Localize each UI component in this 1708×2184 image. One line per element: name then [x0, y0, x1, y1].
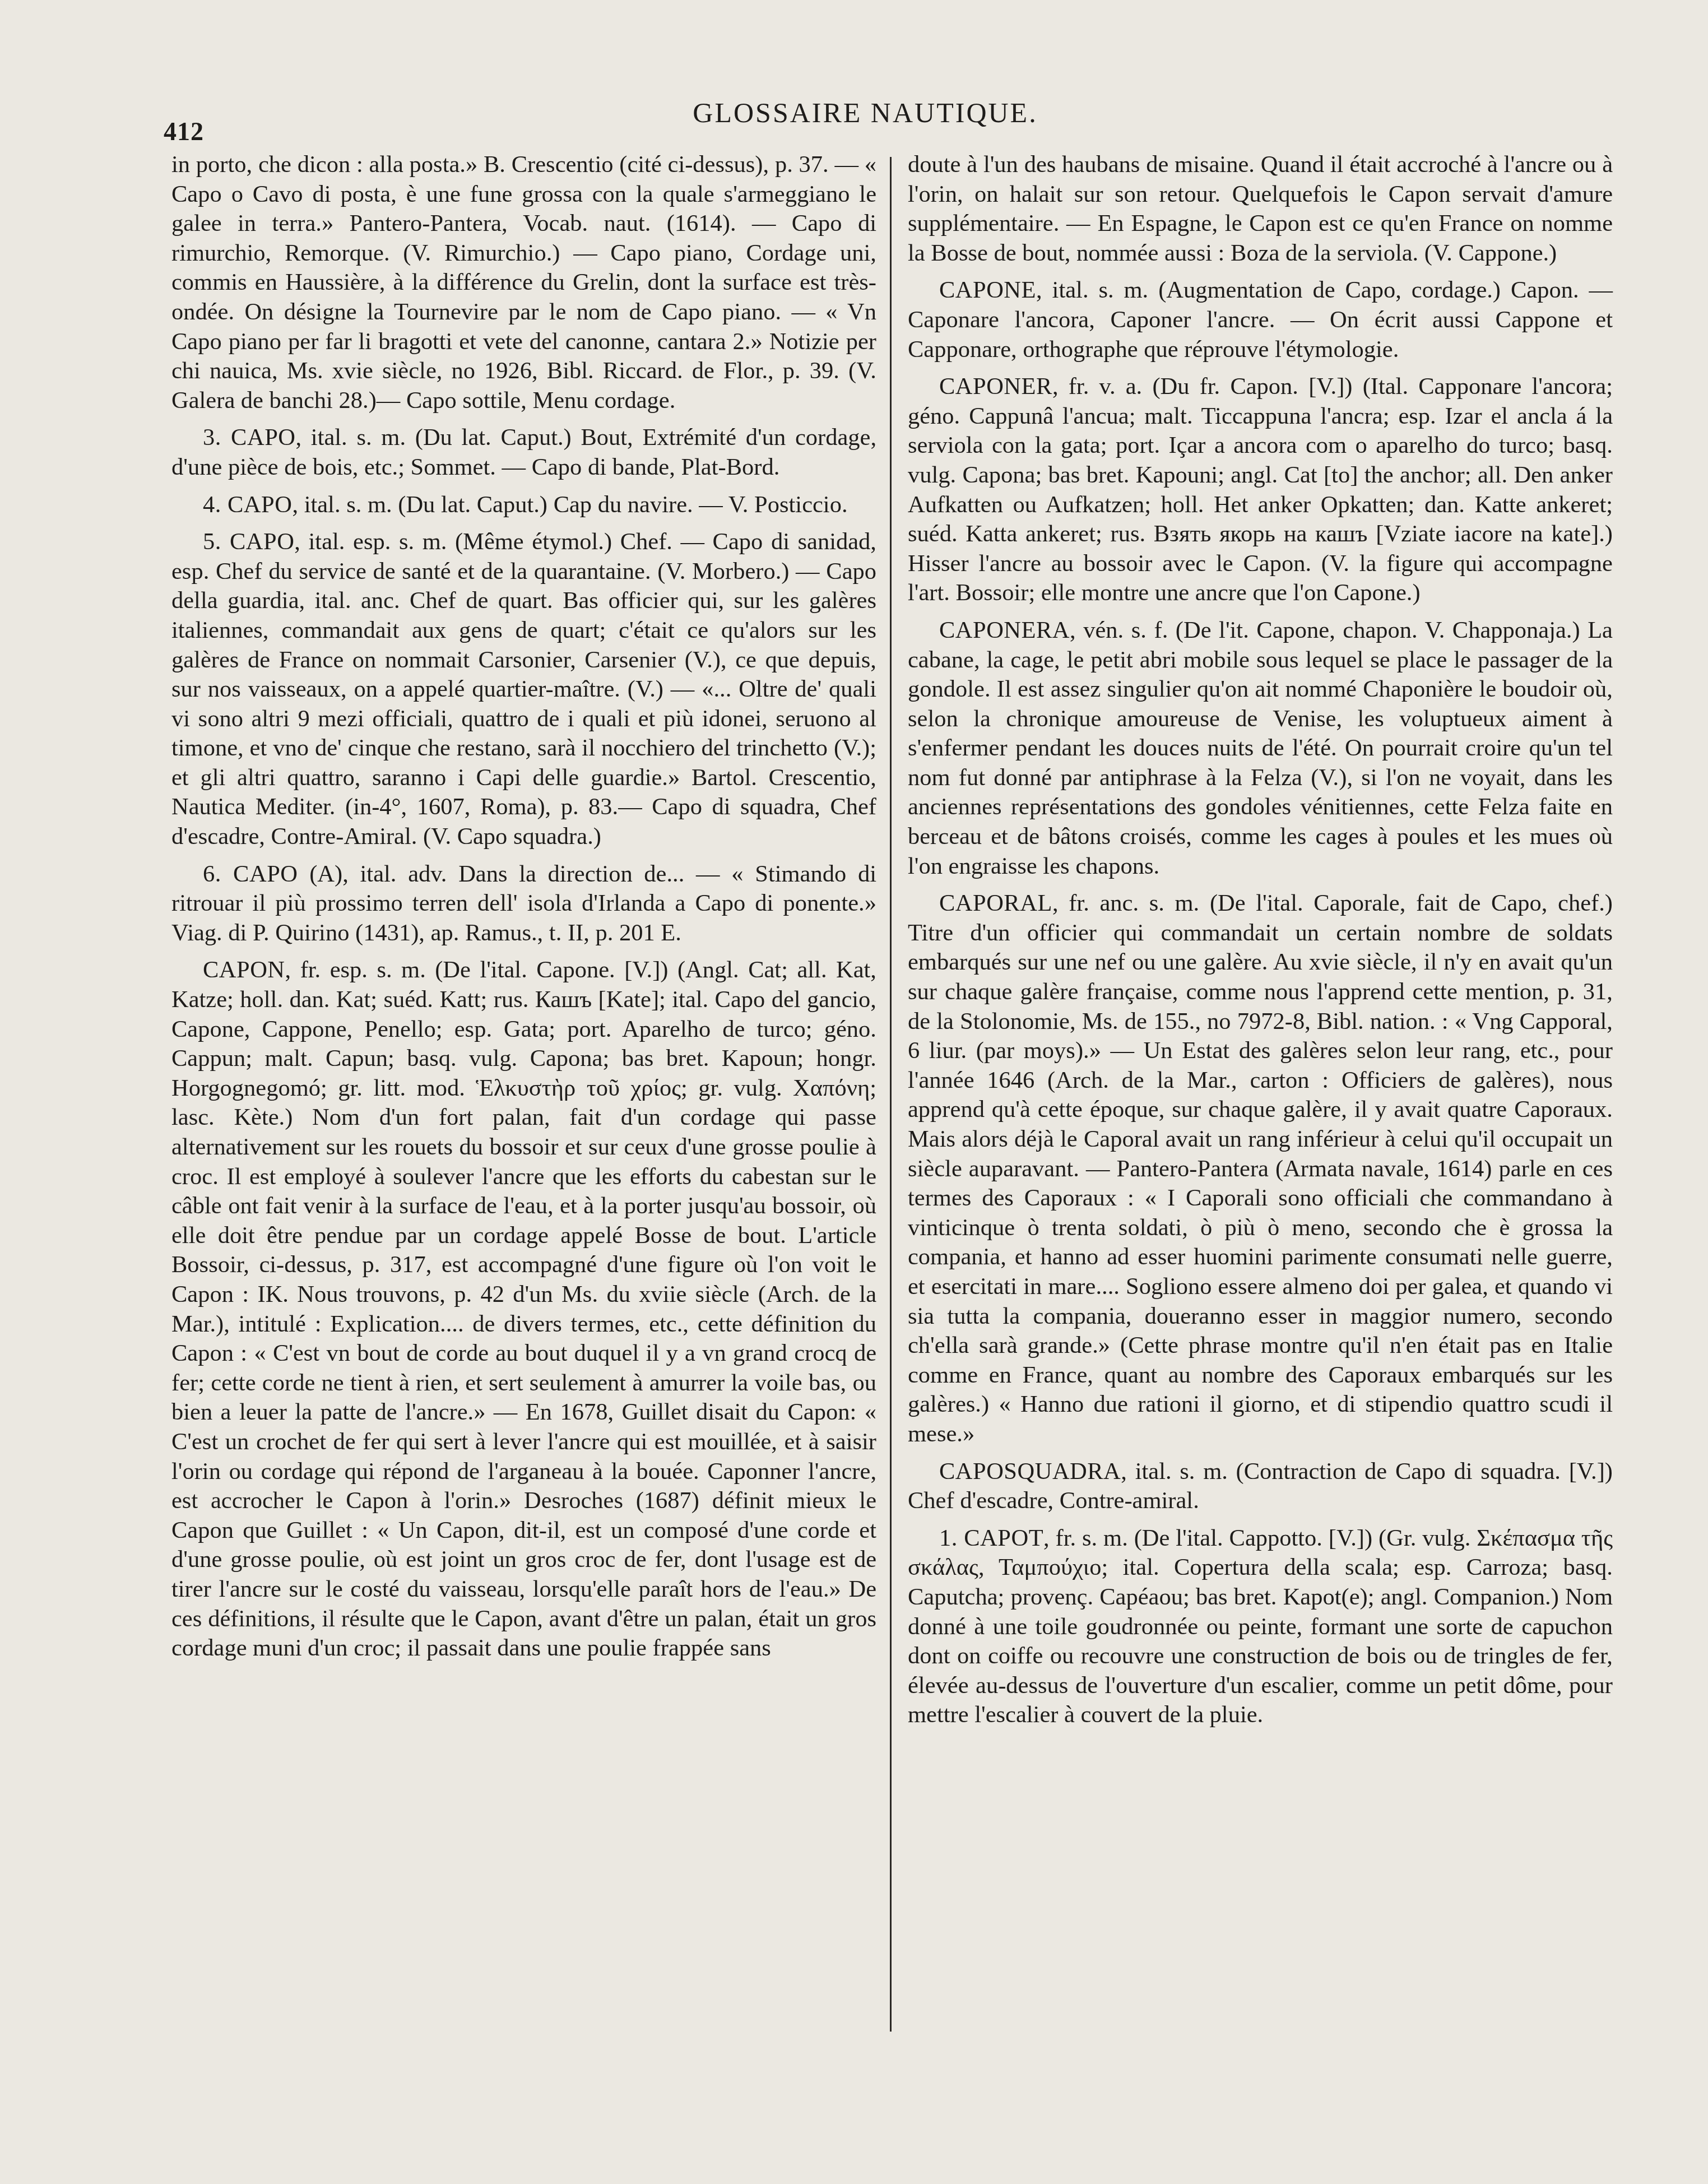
- entry-text: , fr. esp. s. m. (De l'ital. Capone. [V.…: [171, 957, 876, 1661]
- entry-headword: CAPOSQUADRA: [939, 1458, 1121, 1485]
- entry-capon-continued: doute à l'un des haubans de misaine. Qua…: [908, 150, 1613, 268]
- right-column: doute à l'un des haubans de misaine. Qua…: [908, 150, 1613, 1738]
- entry-headword: 4. CAPO: [203, 491, 292, 518]
- entry-text: , fr. v. a. (Du fr. Capon. [V.]) (Ital. …: [908, 373, 1613, 606]
- entry-text: in porto, che dicon : alla posta.» B. Cr…: [171, 151, 876, 414]
- entry-caporal: CAPORAL, fr. anc. s. m. (De l'ital. Capo…: [908, 889, 1613, 1449]
- entry-text: , ital. s. m. (Du lat. Caput.) Cap du na…: [292, 491, 847, 518]
- entry-text: , ital. esp. s. m. (Même étymol.) Chef. …: [171, 528, 876, 850]
- entry-text: , vén. s. f. (De l'it. Capone, chapon. V…: [908, 617, 1613, 879]
- entry-capo-continued: in porto, che dicon : alla posta.» B. Cr…: [171, 150, 876, 415]
- entry-headword: 6. CAPO: [203, 861, 298, 887]
- entry-capot-1: 1. CAPOT, fr. s. m. (De l'ital. Cappotto…: [908, 1524, 1613, 1730]
- entry-text: doute à l'un des haubans de misaine. Qua…: [908, 151, 1613, 266]
- entry-headword: 1. CAPOT: [939, 1525, 1043, 1551]
- entry-capon: CAPON, fr. esp. s. m. (De l'ital. Capone…: [171, 956, 876, 1663]
- entry-text: , fr. anc. s. m. (De l'ital. Caporale, f…: [908, 890, 1613, 1447]
- entry-capone: CAPONE, ital. s. m. (Augmentation de Cap…: [908, 276, 1613, 364]
- entry-caponera: CAPONERA, vén. s. f. (De l'it. Capone, c…: [908, 616, 1613, 881]
- entry-capo-5: 5. CAPO, ital. esp. s. m. (Même étymol.)…: [171, 527, 876, 852]
- entry-headword: CAPON: [203, 957, 285, 983]
- entry-capo-4: 4. CAPO, ital. s. m. (Du lat. Caput.) Ca…: [171, 490, 876, 520]
- entry-caposquadra: CAPOSQUADRA, ital. s. m. (Contraction de…: [908, 1457, 1613, 1516]
- entry-headword: CAPONERA: [939, 617, 1070, 643]
- entry-caponer: CAPONER, fr. v. a. (Du fr. Capon. [V.]) …: [908, 372, 1613, 608]
- entry-headword: 3. CAPO: [203, 424, 295, 451]
- entry-headword: CAPONE: [939, 277, 1036, 303]
- entry-capo-6: 6. CAPO (A), ital. adv. Dans la directio…: [171, 860, 876, 948]
- running-title: GLOSSAIRE NAUTIQUE.: [0, 96, 1708, 129]
- entry-headword: 5. CAPO: [203, 528, 294, 555]
- entry-headword: CAPORAL: [939, 890, 1052, 916]
- entry-capo-3: 3. CAPO, ital. s. m. (Du lat. Caput.) Bo…: [171, 423, 876, 482]
- left-column: in porto, che dicon : alla posta.» B. Cr…: [171, 150, 876, 1671]
- entry-text: , fr. s. m. (De l'ital. Cappotto. [V.]) …: [908, 1525, 1613, 1728]
- entry-headword: CAPONER: [939, 373, 1052, 400]
- column-divider: [890, 157, 892, 2032]
